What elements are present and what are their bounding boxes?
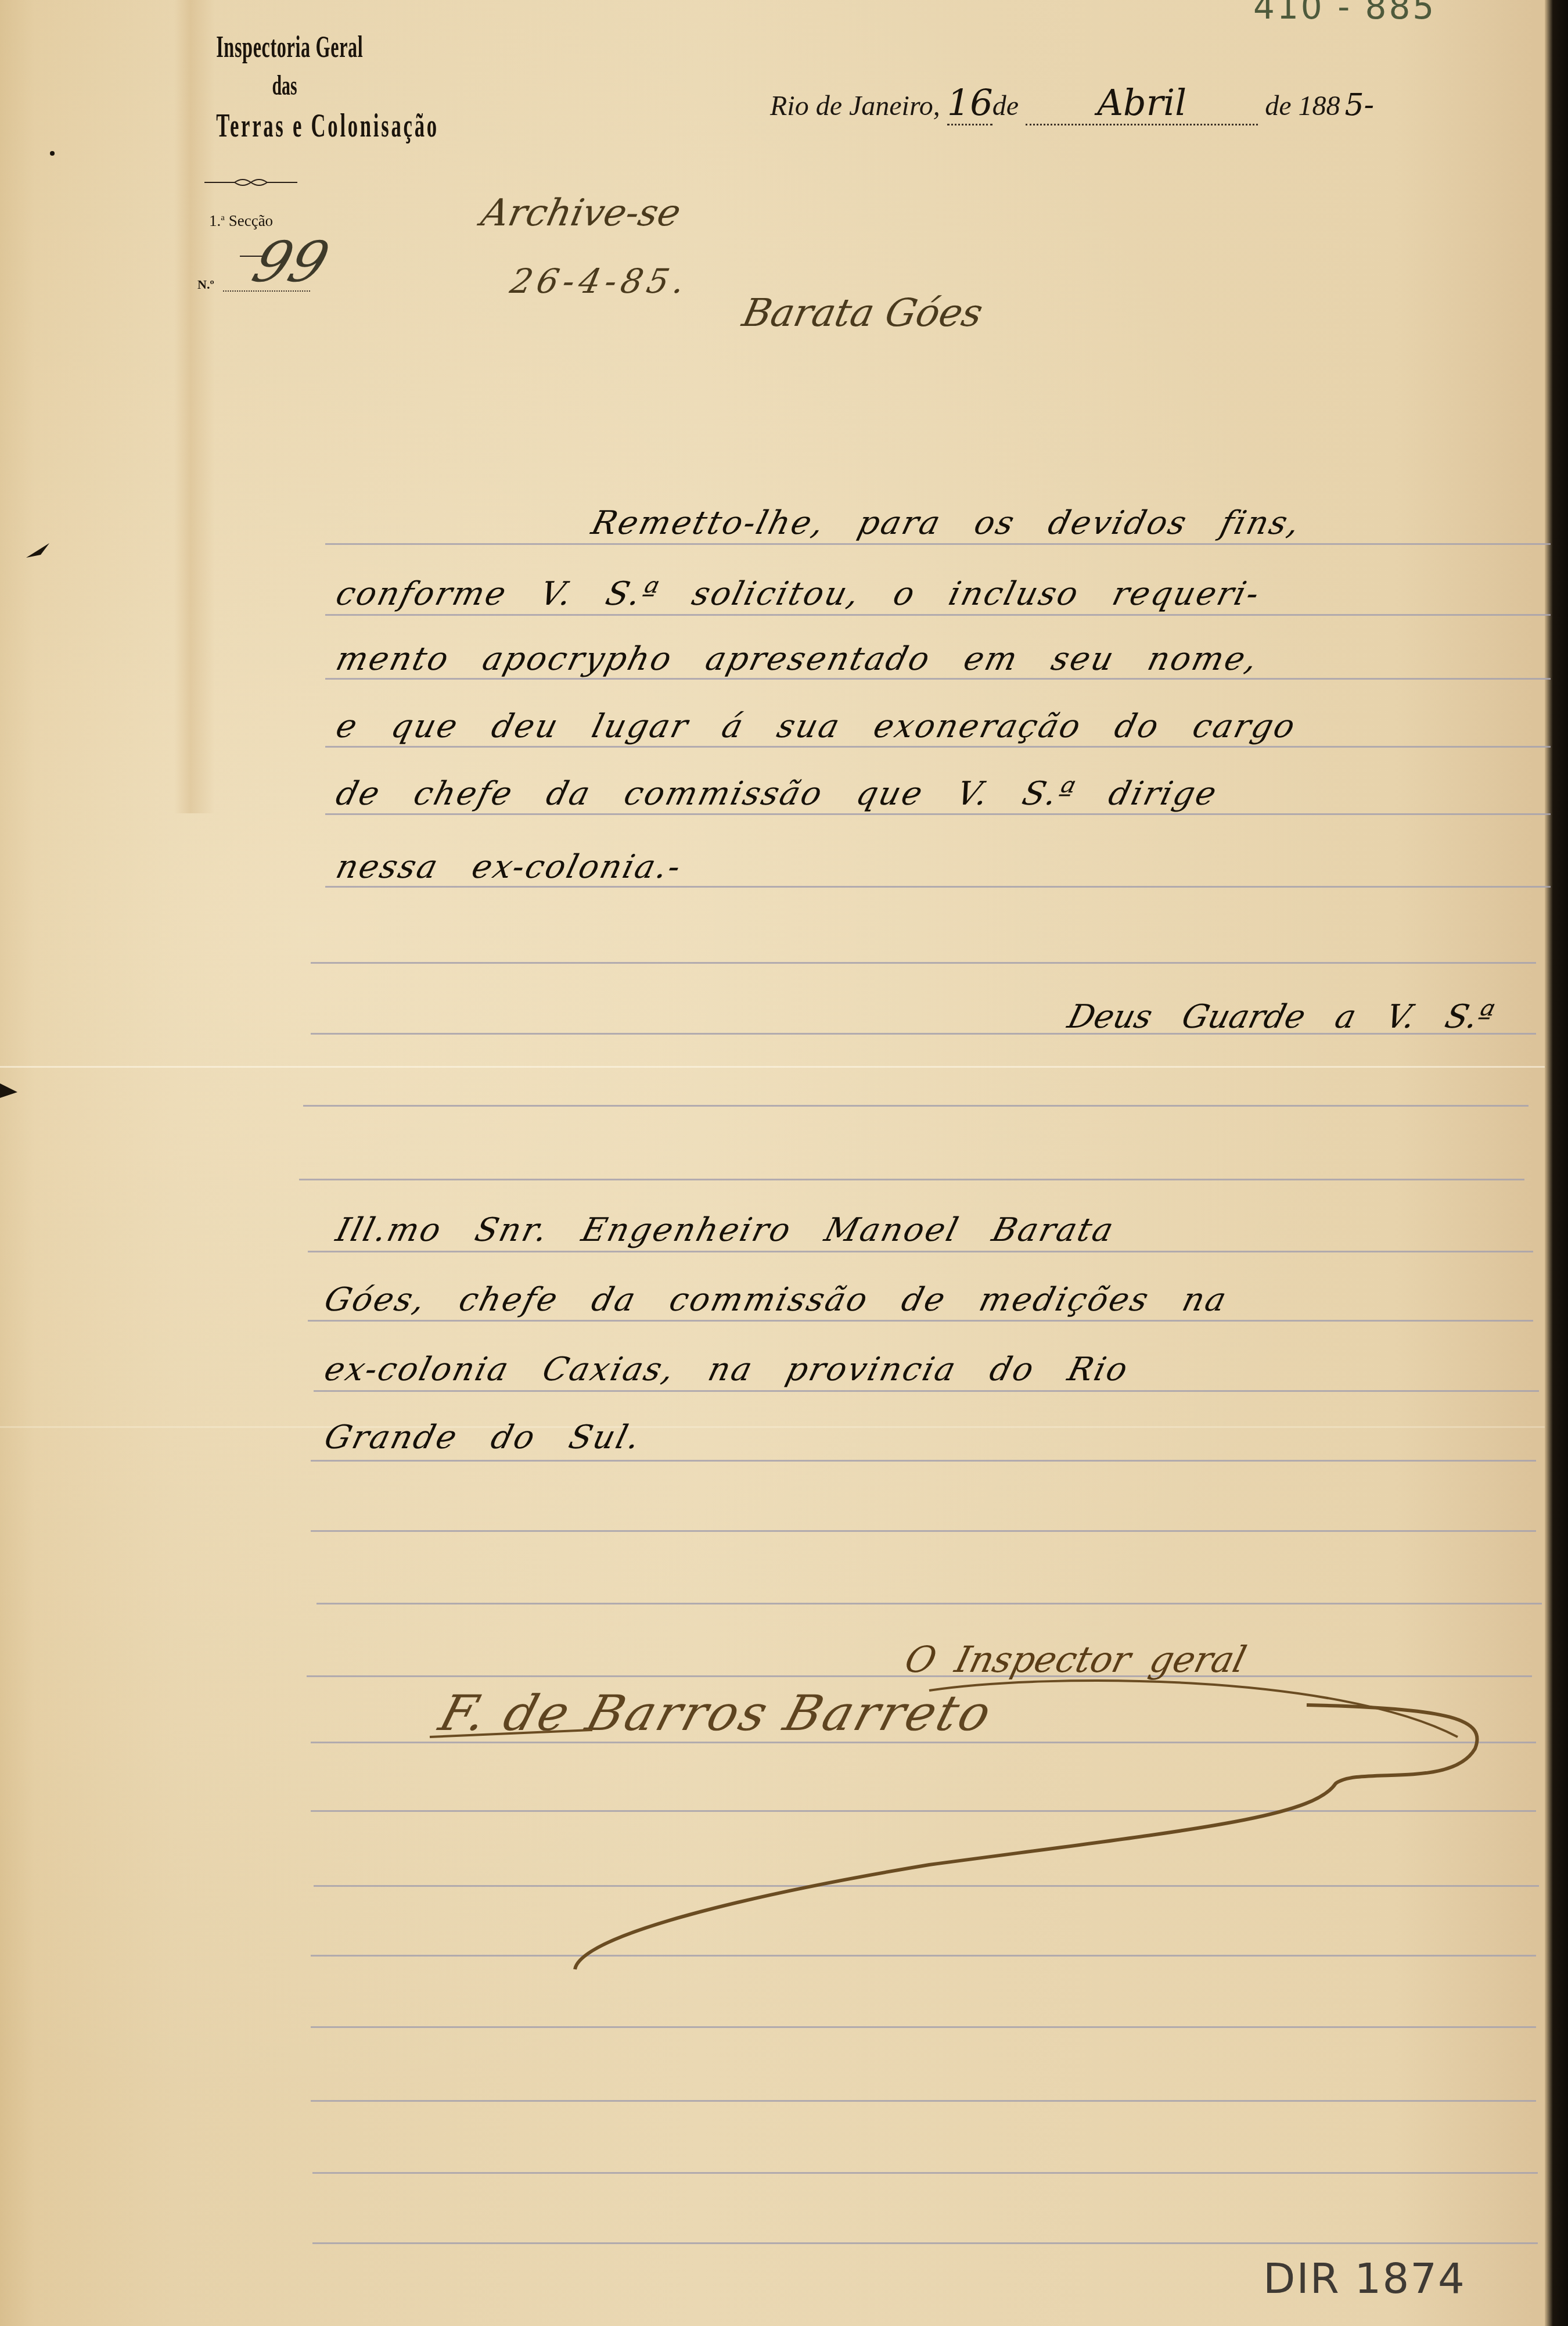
letterhead: Inspectoria Geral das Terras e Colonisaç… [216, 29, 353, 146]
addressee-line: Ill.mo Snr. Engenheiro Manoel Barata [332, 1211, 1119, 1249]
ruled-line [311, 2100, 1536, 2102]
dateline-month: Abril [1026, 81, 1258, 125]
dateline-day: 16 [947, 81, 992, 125]
number-label: N.º [197, 277, 214, 292]
dateline-de: de [992, 90, 1019, 122]
ruled-line [325, 678, 1551, 680]
ruled-line [325, 813, 1551, 815]
paper-spot-icon [49, 150, 56, 157]
ruled-line [314, 1390, 1539, 1392]
section-word: Secção [229, 212, 273, 229]
body-line: Remetto-lhe, para os devidos fins, [588, 504, 1305, 542]
letterhead-department: Terras e Colonisação [216, 106, 353, 146]
addressee-line: Góes, chefe da commissão de medições na [321, 1281, 1232, 1319]
ruled-line [317, 1603, 1542, 1604]
addressee-line: ex-colonia Caxias, na provincia do Rio [321, 1351, 1133, 1388]
ruled-line [308, 1251, 1533, 1252]
annotation-date: 26-4-85. [507, 261, 693, 301]
paper-fold [0, 1426, 1545, 1428]
section-ordinal: a [221, 213, 225, 222]
ruled-line [325, 886, 1551, 888]
body-line: nessa ex-colonia.- [332, 848, 686, 886]
ruled-line [325, 543, 1551, 545]
ruled-line [311, 1955, 1536, 1957]
signature-name: F. de Barros Barreto [433, 1685, 1000, 1742]
section-label: 1.a Secção [209, 212, 273, 230]
dateline: Rio de Janeiro, 16de Abril de 1885- [770, 81, 1374, 122]
dateline-year-suffix: 5- [1344, 88, 1374, 123]
annotation-archive: Archive-se [477, 192, 684, 235]
ruled-line [311, 1742, 1536, 1743]
dateline-year-prefix: de 188 [1265, 90, 1340, 122]
ruled-line [312, 2172, 1538, 2174]
section-number: 1. [209, 212, 221, 229]
signature-title: O Inspector geral [901, 1638, 1250, 1681]
body-line: mento apocrypho apresentado em seu nome, [332, 640, 1263, 678]
ruled-line [325, 746, 1551, 748]
body-line: e que deu lugar á sua exoneração do carg… [332, 708, 1300, 745]
ruled-line [311, 2026, 1536, 2028]
paper-tear-icon [0, 1081, 23, 1104]
ruled-line [308, 1320, 1533, 1322]
archive-reference-number: 410 - 885 [1253, 0, 1436, 27]
ruled-line [299, 1179, 1524, 1180]
body-line: de chefe da commissão que V. S.ª dirige [332, 775, 1222, 813]
dateline-city: Rio de Janeiro, [770, 90, 940, 122]
letterhead-connector: das [216, 66, 353, 106]
ruled-line [311, 962, 1536, 964]
closing-salutation: Deus Guarde a V. S.ª [1064, 998, 1498, 1036]
body-line: conforme V. S.ª solicitou, o incluso req… [332, 575, 1265, 613]
paper-tear-icon [23, 540, 52, 563]
scan-edge [1545, 0, 1568, 2326]
ruled-line [311, 1530, 1536, 1532]
ruled-line [303, 1105, 1529, 1107]
ruled-line [312, 2242, 1538, 2244]
ruled-line [325, 614, 1551, 616]
ruled-line [311, 1810, 1536, 1812]
annotation-initials: Barata Góes [739, 290, 987, 335]
archive-catalog-mark: DIR 1874 [1263, 2254, 1466, 2303]
addressee-line: Grande do Sul. [321, 1419, 645, 1456]
ornament-divider-icon [204, 175, 297, 189]
ruled-line [311, 1460, 1536, 1462]
letterhead-institution: Inspectoria Geral [216, 29, 353, 66]
ruled-line [314, 1885, 1539, 1887]
paper-stain [174, 0, 215, 813]
document-page [0, 0, 1545, 2326]
paper-fold [0, 1066, 1545, 1068]
